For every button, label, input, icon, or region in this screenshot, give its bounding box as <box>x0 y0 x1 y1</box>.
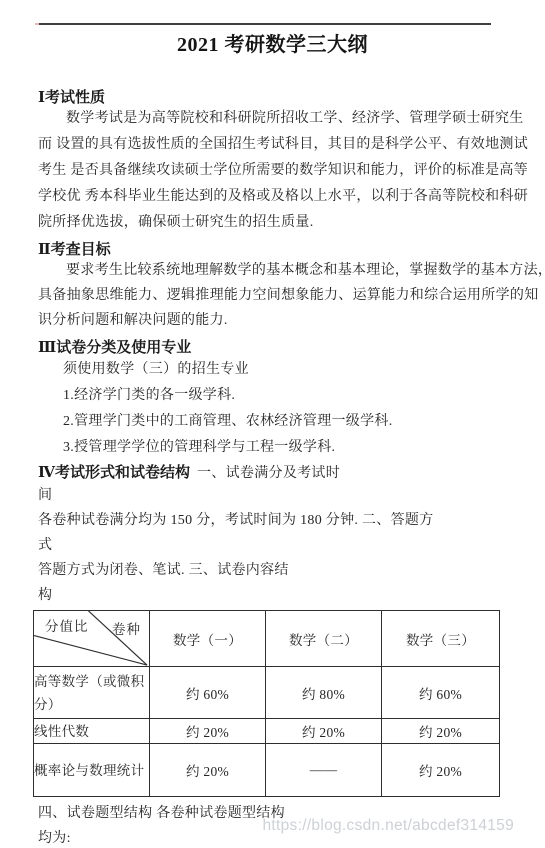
paragraph-line: 式 <box>38 533 434 558</box>
paragraph-line: 考生 是否具备继续攻读硕士学位所需要的数学知识和能力，评价的标准是高等 <box>38 158 528 184</box>
document-page: 2021 考研数学三大纲 Ⅰ考试性质 数学考试是为高等院校和科研院所招收工学、经… <box>0 0 545 848</box>
section-4-subheading: 一、试卷满分及考试时 <box>197 466 340 481</box>
list-item: 须使用数学（三）的招生专业 <box>63 357 393 383</box>
table-row: 概率论与数理统计 约 20% —— 约 20% <box>34 744 500 797</box>
section-4-paragraph: 间 各卷种试卷满分均为 150 分，考试时间为 180 分钟. 二、答题方 式 … <box>38 483 434 608</box>
score-distribution-table: 分值比 卷种 数学（一） 数学（二） 数学（三） 高等数学（或微积分） 约 60… <box>33 610 500 797</box>
paragraph-line: 间 <box>38 483 434 508</box>
paragraph-line: 具备抽象思维能力、逻辑推理能力空间想象能力、运算能力和综合运用所学的知 <box>38 283 545 308</box>
section-3-list: 须使用数学（三）的招生专业 1.经济学门类的各一级学科. 2.管理学门类中的工商… <box>63 357 393 461</box>
table-cell: —— <box>266 744 382 797</box>
table-row: 线性代数 约 20% 约 20% 约 20% <box>34 719 500 744</box>
section-4-heading: Ⅳ考试形式和试卷结构 <box>38 465 190 481</box>
corner-label-row-dim: 分值比 <box>45 615 89 635</box>
section-1-heading: Ⅰ考试性质 <box>38 86 105 107</box>
paragraph-line: 各卷种试卷满分均为 150 分，考试时间为 180 分钟. 二、答题方 <box>38 508 434 533</box>
column-header-math2: 数学（二） <box>266 611 382 667</box>
table-cell: 约 60% <box>150 667 266 719</box>
footer-line-2: 均为: <box>38 827 71 847</box>
section-2-paragraph: 要求考生比较系统地理解数学的基本概念和基本理论，掌握数学的基本方法， 具备抽象思… <box>38 258 545 333</box>
table-corner-cell: 分值比 卷种 <box>34 611 150 667</box>
column-header-math3: 数学（三） <box>382 611 500 667</box>
table-cell: 约 20% <box>266 719 382 744</box>
table-cell: 约 20% <box>150 744 266 797</box>
table-cell: 约 20% <box>382 719 500 744</box>
section-2-heading: Ⅱ考查目标 <box>38 238 111 259</box>
footer-line-1: 四、试卷题型结构 各卷种试卷题型结构 <box>38 802 285 822</box>
table-cell: 约 20% <box>382 744 500 797</box>
row-label: 高等数学（或微积分） <box>34 667 150 719</box>
section-1-paragraph: 数学考试是为高等院校和科研院所招收工学、经济学、管理学硕士研究生 而 设置的具有… <box>38 106 528 236</box>
table-row: 高等数学（或微积分） 约 60% 约 80% 约 60% <box>34 667 500 719</box>
paragraph-line: 学校优 秀本科毕业生能达到的及格或及格以上水平，以利于各高等院校和科研 <box>38 184 528 210</box>
paragraph-line: 要求考生比较系统地理解数学的基本概念和基本理论，掌握数学的基本方法， <box>38 258 545 283</box>
csdn-watermark: https://blog.csdn.net/abcdef314159 <box>263 817 515 835</box>
table-cell: 约 60% <box>382 667 500 719</box>
paragraph-line: 构 <box>38 583 434 608</box>
paragraph-line: 答题方式为闭卷、笔试. 三、试卷内容结 <box>38 558 434 583</box>
section-4-heading-line: Ⅳ考试形式和试卷结构一、试卷满分及考试时 <box>38 461 340 482</box>
list-item: 2.管理学门类中的工商管理、农林经济管理一级学科. <box>63 409 393 435</box>
header-rule <box>39 23 491 25</box>
table-cell: 约 80% <box>266 667 382 719</box>
table-cell: 约 20% <box>150 719 266 744</box>
corner-label-col-dim: 卷种 <box>112 618 141 638</box>
row-label: 概率论与数理统计 <box>34 744 150 797</box>
list-item: 1.经济学门类的各一级学科. <box>63 383 393 409</box>
paragraph-line: 数学考试是为高等院校和科研院所招收工学、经济学、管理学硕士研究生 <box>38 106 528 132</box>
section-3-heading: Ⅲ试卷分类及使用专业 <box>38 336 191 357</box>
page-title: 2021 考研数学三大纲 <box>0 28 545 57</box>
paragraph-line: 而 设置的具有选拔性质的全国招生考试科目，其目的是科学公平、有效地测试 <box>38 132 528 158</box>
row-label: 线性代数 <box>34 719 150 744</box>
paragraph-line: 院所择优选拔，确保硕士研究生的招生质量. <box>38 210 528 236</box>
paragraph-line: 识分析问题和解决问题的能力. <box>38 308 545 333</box>
column-header-math1: 数学（一） <box>150 611 266 667</box>
header-rule-tick <box>35 23 39 25</box>
list-item: 3.授管理学学位的管理科学与工程一级学科. <box>63 435 393 461</box>
